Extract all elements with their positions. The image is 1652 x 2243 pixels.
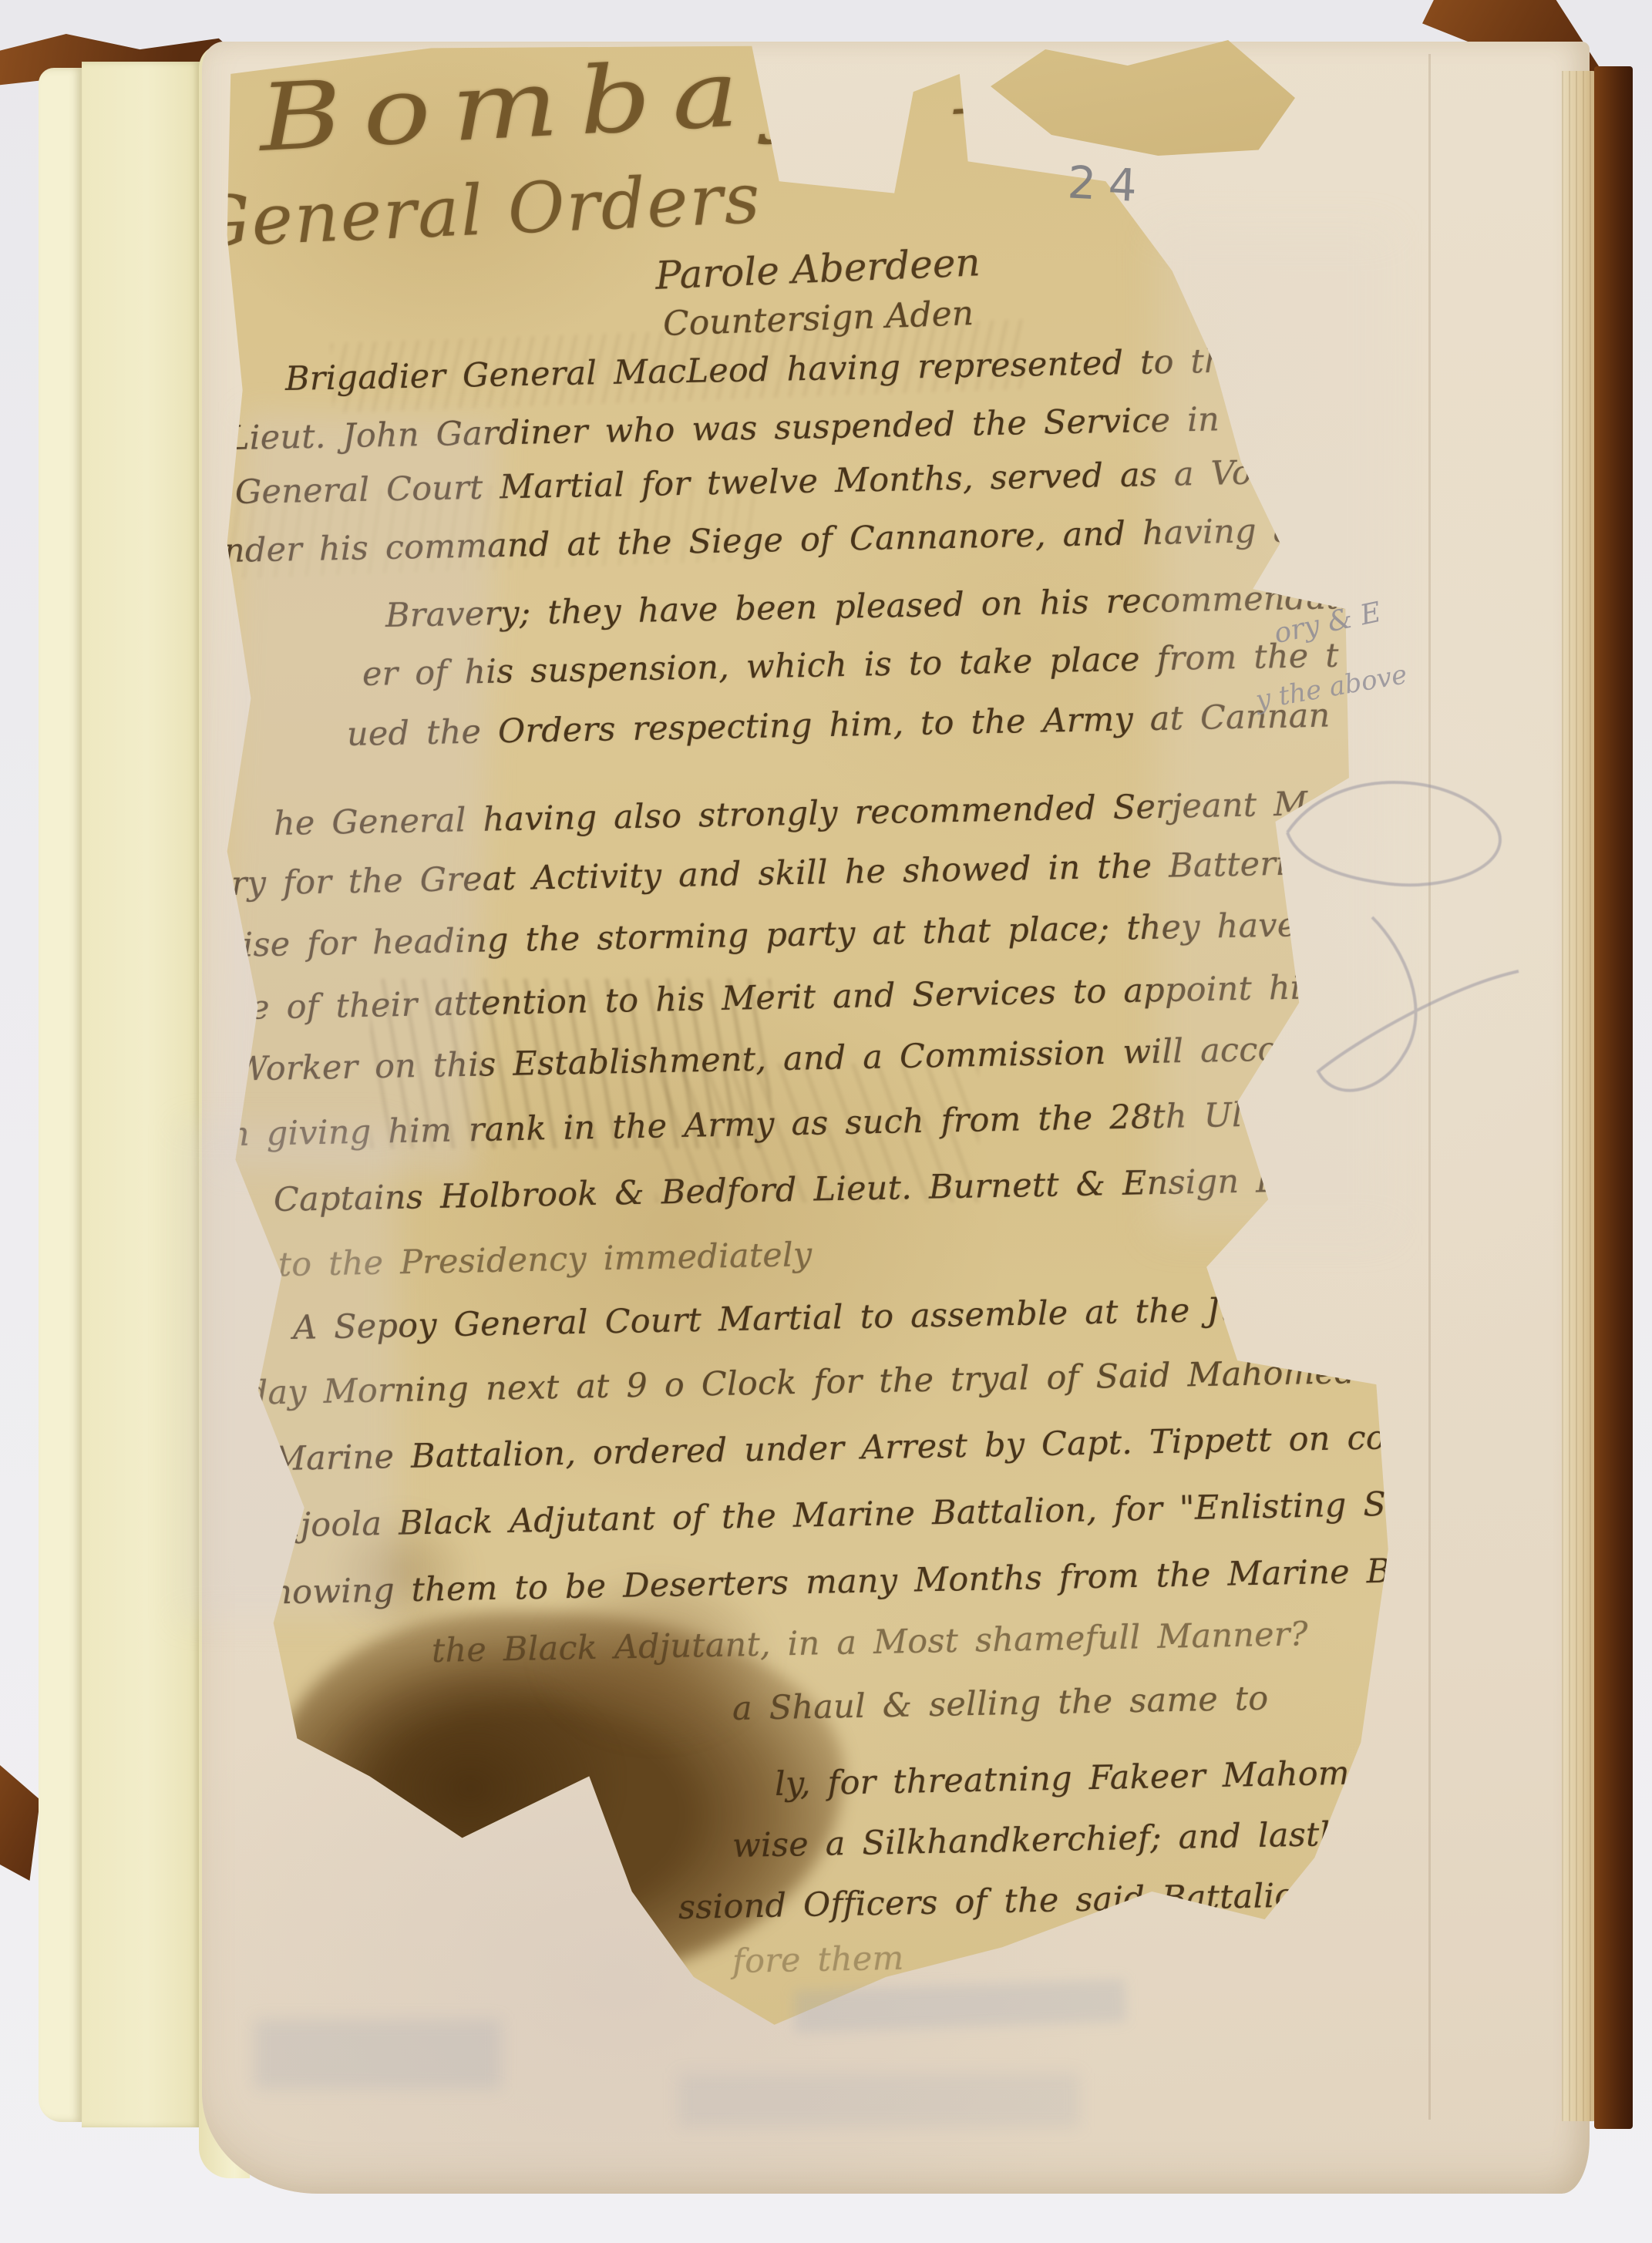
manuscript-line: the Black Adjutant, in a Most shamefull … (432, 1615, 1309, 1670)
page-right-edge (1562, 71, 1597, 2121)
ink-scratch-marks-2 (655, 1064, 979, 1202)
photo-backdrop: Bombay Tue General Orders Parole Aberdee… (0, 0, 1652, 2243)
parole-line: Parole Aberdeen (654, 240, 981, 298)
manuscript-line: knowing them to be Deserters many Months… (251, 1549, 1522, 1612)
ink-smudge-under-masthead (331, 319, 1027, 412)
manuscript-line: a Shaul & selling the same to (732, 1680, 1269, 1728)
orders-title: General Orders (193, 158, 762, 264)
manuscript-line: the Marine Battalion, ordered under Arre… (200, 1415, 1566, 1480)
manuscript-line: fore them (732, 1939, 904, 1981)
manuscript-line: ly, for threatning Fakeer Mahomed (775, 1754, 1391, 1804)
page-edge-band-mid (82, 62, 200, 2127)
stain-upper (540, 1572, 771, 1742)
tissue-overlay-left (218, 412, 499, 1176)
pencil-mark-bottom-2 (254, 2019, 501, 2089)
book-cover-bottom-left (0, 1765, 40, 1881)
countersign-line: Countersign Aden (662, 294, 974, 344)
page-edge-band-outer (39, 68, 83, 2122)
pencil-mark-bottom-3 (678, 2073, 1079, 2127)
pencil-flourish (1264, 717, 1557, 1148)
pencil-page-number: 24 (1066, 156, 1150, 212)
book-spine-right (1594, 66, 1633, 2129)
tissue-overlay-lower-left (181, 1125, 397, 1619)
